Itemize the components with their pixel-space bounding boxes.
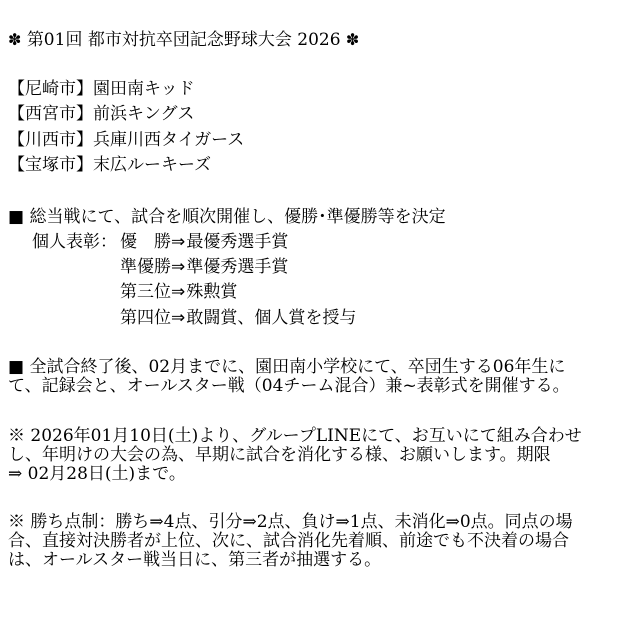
award-prize: 殊勲賞 <box>186 282 237 302</box>
ceremony-line-2: て、記録会と、オールスター戦（04チーム混合）兼~表彰式を開催する。 <box>8 377 570 396</box>
format-text: 総当戦にて、試合を順次開催し、優勝･準優勝等を決定 <box>29 207 445 227</box>
square-bullet-icon: ■ <box>8 357 24 377</box>
award-rank: 優 勝⇒ <box>120 233 181 252</box>
page-title: ✽ 第01回 都市対抗卒団記念野球大会 2026 ✽ <box>8 30 359 50</box>
award-prize: 敢闘賞、個人賞を授与 <box>186 308 356 328</box>
award-rank: 第四位⇒ <box>120 309 181 328</box>
team-name: 園田南キッド <box>93 79 195 99</box>
flower-icon: ✽ <box>8 30 21 49</box>
award-prize: 準優秀選手賞 <box>186 257 288 277</box>
team-city: 【川西市】 <box>8 131 93 150</box>
team-item: 【尼崎市】園田南キッド <box>8 80 195 99</box>
award-row: 第四位⇒ 敢闘賞、個人賞を授与 <box>120 309 356 328</box>
award-rank: 準優勝⇒ <box>120 258 181 277</box>
flower-icon: ✽ <box>346 30 359 49</box>
award-rank: 第三位⇒ <box>120 283 181 302</box>
team-item: 【宝塚市】末広ルーキーズ <box>8 156 211 175</box>
ceremony-text-1: 全試合終了後、02月までに、園田南小学校にて、卒団生する06年生に <box>29 357 565 377</box>
award-row: 優 勝⇒ 最優秀選手賞 <box>120 233 288 252</box>
title-text: 第01回 都市対抗卒団記念野球大会 2026 <box>27 30 341 50</box>
points-note-line-2: 合、直接対決勝者が上位、次に、試合消化先着順、前途でも不決着の場合 <box>8 532 569 551</box>
points-note-line-1: ※ 勝ち点制：勝ち⇒4点、引分⇒2点、負け⇒1点、未消化⇒0点。同点の場 <box>8 513 573 532</box>
team-city: 【尼崎市】 <box>8 80 93 99</box>
team-item: 【西宮市】前浜キングス <box>8 105 194 124</box>
team-item: 【川西市】兵庫川西タイガース <box>8 131 244 150</box>
award-prize: 最優秀選手賞 <box>186 232 288 252</box>
awards-label: 個人表彰： <box>32 233 117 252</box>
team-city: 【西宮市】 <box>8 105 93 124</box>
award-row: 準優勝⇒ 準優秀選手賞 <box>120 258 288 277</box>
team-name: 兵庫川西タイガース <box>93 130 244 150</box>
award-row: 第三位⇒ 殊勲賞 <box>120 283 237 302</box>
points-note-line-3: は、オールスター戦当日に、第三者が抽選する。 <box>8 551 381 570</box>
ceremony-line-1: ■ 全試合終了後、02月までに、園田南小学校にて、卒団生する06年生に <box>8 358 565 377</box>
team-name: 前浜キングス <box>93 104 194 124</box>
schedule-note-line-3: ⇒ 02月28日(土)まで。 <box>8 465 186 484</box>
schedule-note-line-2: し、年明けの大会の為、早期に試合を消化する様、お願いします。期限 <box>8 446 551 465</box>
schedule-note-line-1: ※ 2026年01月10日(土)より、グループLINEにて、お互いにて組み合わせ <box>8 427 582 446</box>
team-name: 末広ルーキーズ <box>93 155 211 175</box>
format-line: ■ 総当戦にて、試合を順次開催し、優勝･準優勝等を決定 <box>8 208 446 227</box>
square-bullet-icon: ■ <box>8 207 24 227</box>
team-city: 【宝塚市】 <box>8 156 93 175</box>
